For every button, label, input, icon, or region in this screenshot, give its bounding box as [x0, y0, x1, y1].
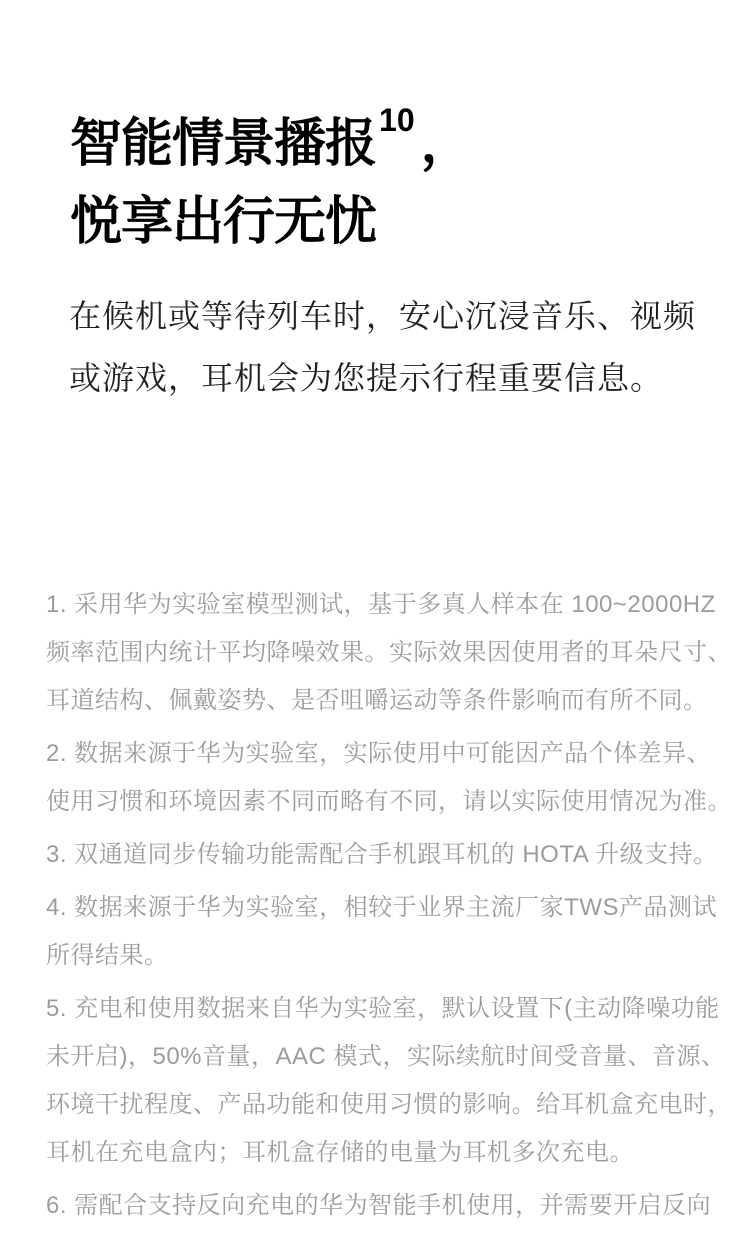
footnote-line: 频率范围内统计平均降噪效果。实际效果因使用者的耳朵尺寸、: [46, 629, 726, 677]
footnote-line: 5. 充电和使用数据来自华为实验室，默认设置下(主动降噪功能: [46, 985, 726, 1033]
feature-title-line1-text: 智能情景播报: [70, 115, 376, 173]
feature-title-line2: 悦享出行无忧: [70, 186, 472, 258]
footnote-line: 1. 采用华为实验室模型测试，基于多真人样本在 100~2000HZ: [46, 581, 726, 629]
footnote-line: 使用习惯和环境因素不同而略有不同，请以实际使用情况为准。: [46, 778, 726, 826]
footnotes-section: 1. 采用华为实验室模型测试，基于多真人样本在 100~2000HZ频率范围内统…: [46, 581, 726, 1235]
footnote-line: 4. 数据来源于华为实验室，相较于业界主流厂家TWS产品测试: [46, 884, 726, 932]
footnote-item: 2. 数据来源于华为实验室，实际使用中可能因产品个体差异、使用习惯和环境因素不同…: [46, 730, 726, 826]
feature-description: 在候机或等待列车时，安心沉浸音乐、视频 或游戏，耳机会为您提示行程重要信息。: [69, 285, 696, 409]
footnote-line: 耳机在充电盒内；耳机盒存储的电量为耳机多次充电。: [46, 1129, 726, 1177]
footnote-line: 2. 数据来源于华为实验室，实际使用中可能因产品个体差异、: [46, 730, 726, 778]
product-feature-page: 智能情景播报10， 悦享出行无忧 在候机或等待列车时，安心沉浸音乐、视频 或游戏…: [0, 0, 750, 1237]
feature-description-line2: 或游戏，耳机会为您提示行程重要信息。: [69, 347, 696, 409]
feature-title-superscript: 10: [379, 84, 415, 156]
footnote-item: 1. 采用华为实验室模型测试，基于多真人样本在 100~2000HZ频率范围内统…: [46, 581, 726, 725]
footnote-item: 4. 数据来源于华为实验室，相较于业界主流厂家TWS产品测试所得结果。: [46, 884, 726, 980]
footnote-line: 耳道结构、佩戴姿势、是否咀嚼运动等条件影响而有所不同。: [46, 677, 726, 725]
feature-title-line1: 智能情景播报10，: [70, 108, 472, 186]
footnote-line: 6. 需配合支持反向充电的华为智能手机使用，并需要开启反向: [46, 1182, 726, 1230]
feature-title-line1-comma: ，: [421, 115, 472, 173]
feature-title: 智能情景播报10， 悦享出行无忧: [70, 108, 472, 258]
footnote-line: 所得结果。: [46, 932, 726, 980]
blank-media-area: [0, 415, 750, 580]
feature-description-line1: 在候机或等待列车时，安心沉浸音乐、视频: [69, 285, 696, 347]
footnote-item: 3. 双通道同步传输功能需配合手机跟耳机的 HOTA 升级支持。: [46, 831, 726, 879]
footnote-item: 5. 充电和使用数据来自华为实验室，默认设置下(主动降噪功能未开启)，50%音量…: [46, 985, 726, 1177]
footnote-line: 环境干扰程度、产品功能和使用习惯的影响。给耳机盒充电时，: [46, 1081, 726, 1129]
footnote-item: 6. 需配合支持反向充电的华为智能手机使用，并需要开启反向: [46, 1182, 726, 1230]
footnote-line: 未开启)，50%音量，AAC 模式，实际续航时间受音量、音源、: [46, 1033, 726, 1081]
footnote-line: 3. 双通道同步传输功能需配合手机跟耳机的 HOTA 升级支持。: [46, 831, 726, 879]
